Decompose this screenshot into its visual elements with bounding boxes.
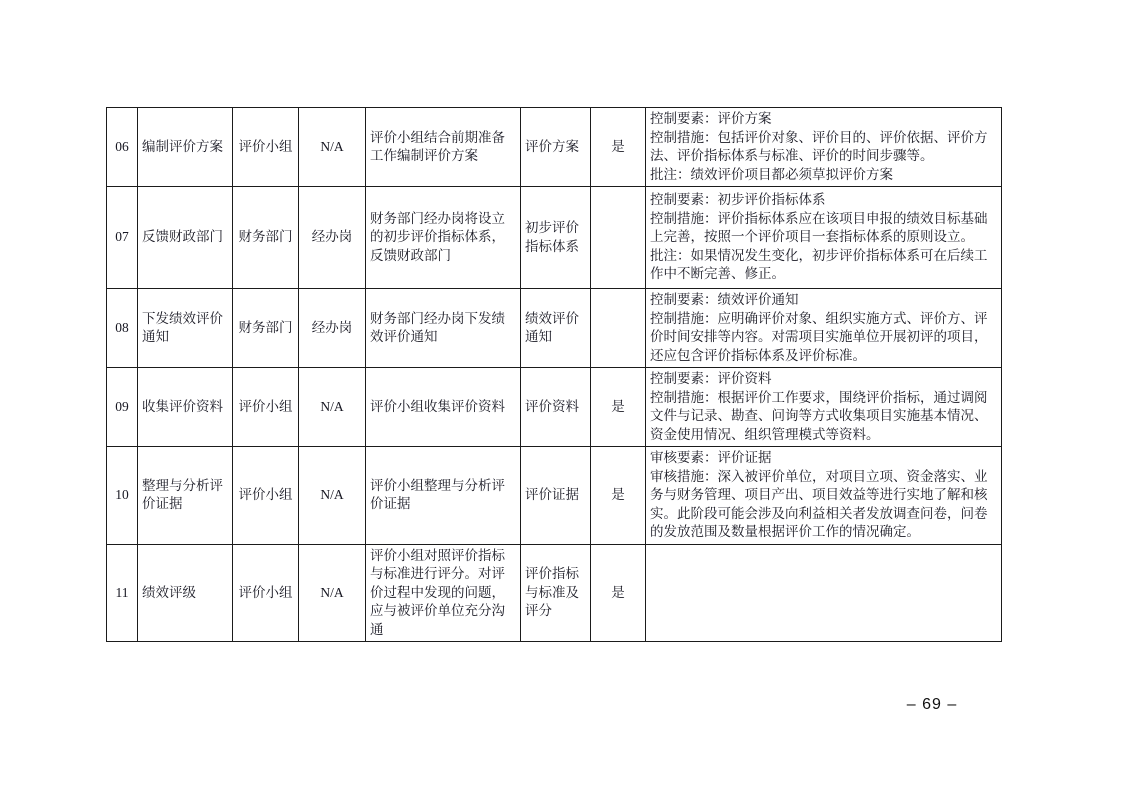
department-cell: 评价小组 bbox=[233, 447, 299, 545]
description-cell: 评价小组整理与分析评价证据 bbox=[366, 447, 521, 545]
description-cell: 财务部门经办岗将设立的初步评价指标体系，反馈财政部门 bbox=[366, 187, 521, 289]
key-control-flag-cell: 是 bbox=[591, 544, 646, 642]
task-name-cell: 反馈财政部门 bbox=[138, 187, 233, 289]
row-number: 11 bbox=[107, 544, 138, 642]
output-cell: 绩效评价通知 bbox=[521, 289, 591, 368]
key-control-flag-cell: 是 bbox=[591, 447, 646, 545]
output-cell: 评价指标与标准及评分 bbox=[521, 544, 591, 642]
row-number: 10 bbox=[107, 447, 138, 545]
table-row: 07 反馈财政部门 财务部门 经办岗 财务部门经办岗将设立的初步评价指标体系，反… bbox=[107, 187, 1002, 289]
row-number: 08 bbox=[107, 289, 138, 368]
output-cell: 评价证据 bbox=[521, 447, 591, 545]
control-measures-cell: 控制要素：评价资料 控制措施：根据评价工作要求，围绕评价指标，通过调阅文件与记录… bbox=[646, 368, 1002, 447]
table-row: 06 编制评价方案 评价小组 N/A 评价小组结合前期准备工作编制评价方案 评价… bbox=[107, 108, 1002, 187]
task-name-cell: 绩效评级 bbox=[138, 544, 233, 642]
output-cell: 初步评价指标体系 bbox=[521, 187, 591, 289]
post-cell: 经办岗 bbox=[299, 289, 366, 368]
row-number: 09 bbox=[107, 368, 138, 447]
post-cell: N/A bbox=[299, 544, 366, 642]
task-name-cell: 收集评价资料 bbox=[138, 368, 233, 447]
control-measures-cell: 控制要素：评价方案 控制措施：包括评价对象、评价目的、评价依据、评价方法、评价指… bbox=[646, 108, 1002, 187]
description-cell: 财务部门经办岗下发绩效评价通知 bbox=[366, 289, 521, 368]
table-row: 11 绩效评级 评价小组 N/A 评价小组对照评价指标与标准进行评分。对评价过程… bbox=[107, 544, 1002, 642]
task-name-cell: 下发绩效评价通知 bbox=[138, 289, 233, 368]
key-control-flag-cell: 是 bbox=[591, 368, 646, 447]
department-cell: 评价小组 bbox=[233, 108, 299, 187]
department-cell: 财务部门 bbox=[233, 289, 299, 368]
table-row: 10 整理与分析评价证据 评价小组 N/A 评价小组整理与分析评价证据 评价证据… bbox=[107, 447, 1002, 545]
task-name-cell: 整理与分析评价证据 bbox=[138, 447, 233, 545]
key-control-flag-cell: 是 bbox=[591, 108, 646, 187]
process-control-table: 06 编制评价方案 评价小组 N/A 评价小组结合前期准备工作编制评价方案 评价… bbox=[106, 107, 1002, 642]
row-number: 06 bbox=[107, 108, 138, 187]
department-cell: 评价小组 bbox=[233, 544, 299, 642]
description-cell: 评价小组对照评价指标与标准进行评分。对评价过程中发现的问题，应与被评价单位充分沟… bbox=[366, 544, 521, 642]
key-control-flag-cell bbox=[591, 289, 646, 368]
post-cell: N/A bbox=[299, 447, 366, 545]
control-measures-cell: 审核要素：评价证据 审核措施：深入被评价单位，对项目立项、资金落实、业务与财务管… bbox=[646, 447, 1002, 545]
post-cell: 经办岗 bbox=[299, 187, 366, 289]
page-number: – 69 – bbox=[902, 696, 962, 714]
description-cell: 评价小组结合前期准备工作编制评价方案 bbox=[366, 108, 521, 187]
control-measures-cell: 控制要素：绩效评价通知 控制措施：应明确评价对象、组织实施方式、评价方、评价时间… bbox=[646, 289, 1002, 368]
control-measures-cell bbox=[646, 544, 1002, 642]
key-control-flag-cell bbox=[591, 187, 646, 289]
department-cell: 财务部门 bbox=[233, 187, 299, 289]
control-measures-cell: 控制要素：初步评价指标体系 控制措施：评价指标体系应在该项目申报的绩效目标基础上… bbox=[646, 187, 1002, 289]
table-row: 08 下发绩效评价通知 财务部门 经办岗 财务部门经办岗下发绩效评价通知 绩效评… bbox=[107, 289, 1002, 368]
post-cell: N/A bbox=[299, 108, 366, 187]
post-cell: N/A bbox=[299, 368, 366, 447]
row-number: 07 bbox=[107, 187, 138, 289]
task-name-cell: 编制评价方案 bbox=[138, 108, 233, 187]
output-cell: 评价方案 bbox=[521, 108, 591, 187]
description-cell: 评价小组收集评价资料 bbox=[366, 368, 521, 447]
output-cell: 评价资料 bbox=[521, 368, 591, 447]
table-row: 09 收集评价资料 评价小组 N/A 评价小组收集评价资料 评价资料 是 控制要… bbox=[107, 368, 1002, 447]
department-cell: 评价小组 bbox=[233, 368, 299, 447]
